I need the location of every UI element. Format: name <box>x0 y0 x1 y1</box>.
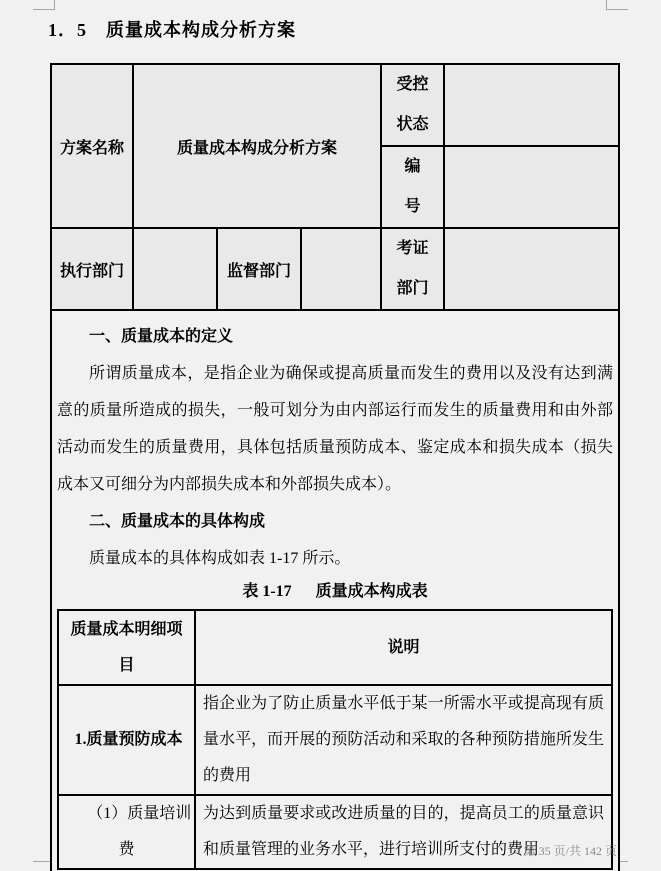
heading-quality-cost-definition: 一、质量成本的定义 <box>54 318 616 355</box>
supervising-dept-label: 监督部门 <box>217 228 301 310</box>
heading-quality-cost-composition: 二、质量成本的具体构成 <box>54 503 616 540</box>
verifying-dept-value-cell[interactable] <box>444 228 619 310</box>
plan-info-table: 方案名称 质量成本构成分析方案 受控 状态 编 号 执行部门 监督部门 考证 部… <box>50 63 620 871</box>
plan-name-label: 方案名称 <box>51 64 133 228</box>
paragraph-quality-cost-definition: 所谓质量成本，是指企业为确保或提高质量而发生的费用以及没有达到满意的质量所造成的… <box>54 355 616 503</box>
crop-mark-top-left-icon <box>33 0 55 10</box>
number-label: 编 号 <box>381 146 444 228</box>
cost-table-caption: 表 1-17 质量成本构成表 <box>54 577 616 607</box>
controlled-state-label: 受控 状态 <box>381 64 444 146</box>
supervising-dept-value-cell[interactable] <box>301 228 381 310</box>
section-title: 1．5 质量成本构成分析方案 <box>48 16 296 42</box>
cost-item-prevention-description: 指企业为了防止质量水平低于某一所需水平或提高现有质量水平，而开展的预防活动和采取… <box>196 686 611 794</box>
number-value-cell[interactable] <box>444 146 619 228</box>
cost-item-training-fee: （1）质量培训费 <box>59 796 194 868</box>
page-number: 第 35 页/共 142 页 <box>524 842 617 859</box>
document-body-cell: 一、质量成本的定义 所谓质量成本，是指企业为确保或提高质量而发生的费用以及没有达… <box>51 310 619 871</box>
controlled-state-value-cell[interactable] <box>444 64 619 146</box>
executing-dept-value-cell[interactable] <box>133 228 217 310</box>
executing-dept-label: 执行部门 <box>51 228 133 310</box>
cost-table-header-description: 说明 <box>195 610 612 685</box>
table-row: 1.质量预防成本 指企业为了防止质量水平低于某一所需水平或提高现有质量水平，而开… <box>58 685 612 795</box>
cost-item-prevention: 1.质量预防成本 <box>59 722 194 758</box>
crop-mark-top-right-icon <box>606 0 628 10</box>
cost-table-header-item: 质量成本明细项 目 <box>58 610 195 685</box>
cost-composition-table: 质量成本明细项 目 说明 1.质量预防成本 指企业为了防止质量水平低于某一所需水… <box>57 609 613 870</box>
plan-name-value: 质量成本构成分析方案 <box>133 64 381 228</box>
verifying-dept-label: 考证 部门 <box>381 228 444 310</box>
paragraph-composition-intro: 质量成本的具体构成如表 1-17 所示。 <box>54 540 616 577</box>
